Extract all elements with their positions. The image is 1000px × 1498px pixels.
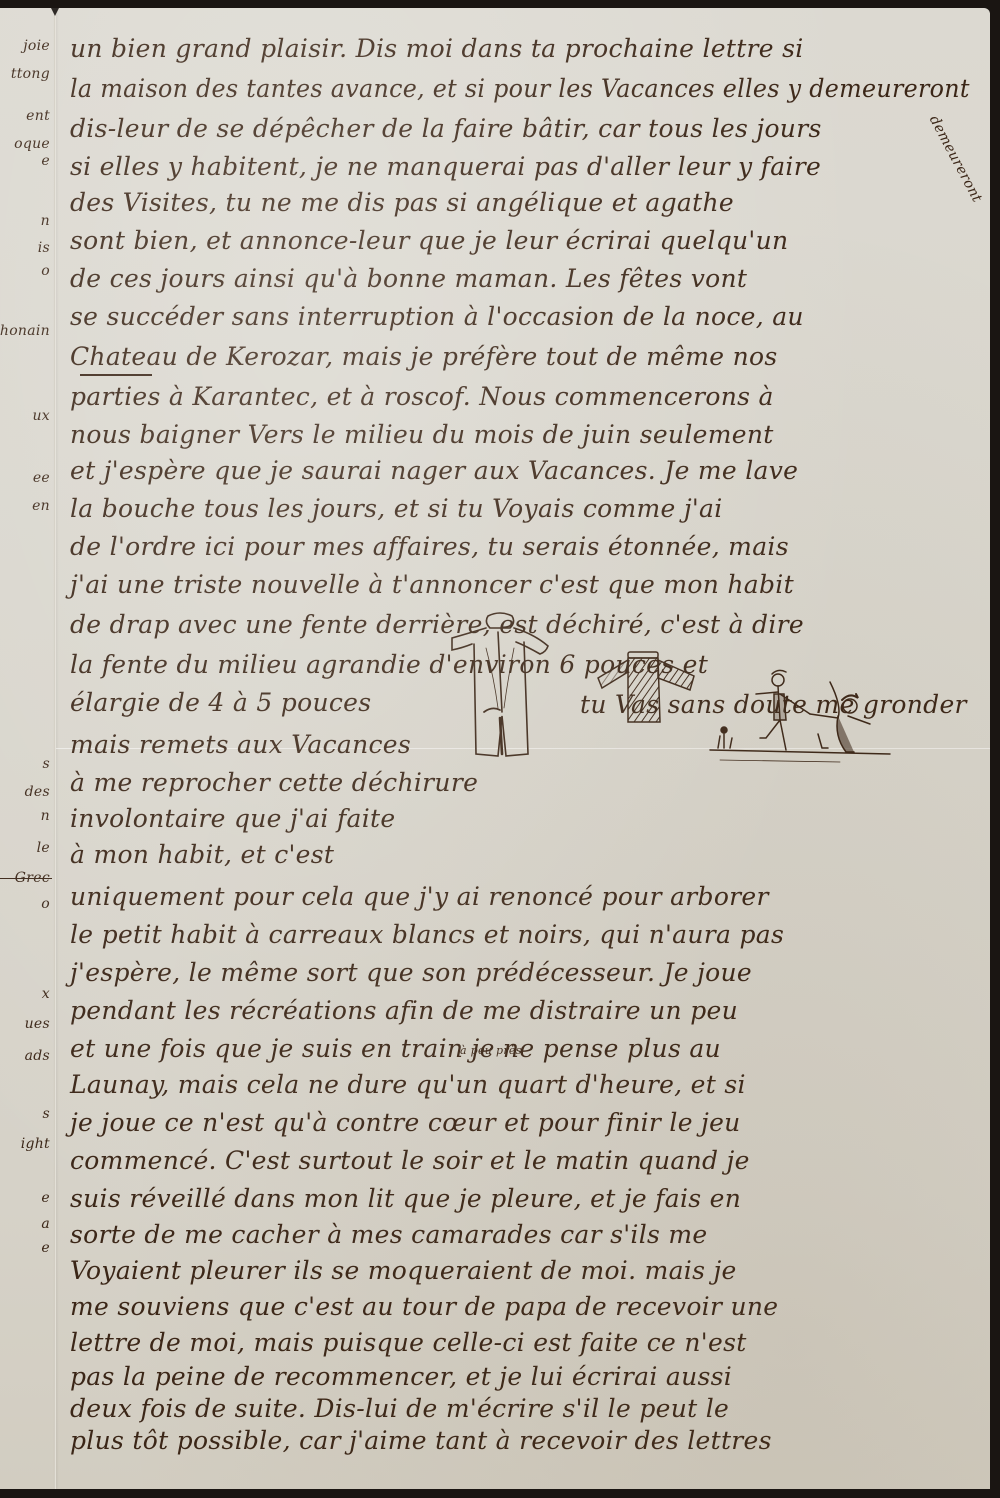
- insertion-note: à peu près: [460, 1044, 522, 1057]
- letter-line: se succéder sans interruption à l'occasi…: [70, 302, 804, 332]
- left-page-fragment: n: [41, 213, 50, 229]
- letter-line: de drap avec une fente derrière, est déc…: [70, 610, 804, 640]
- letter-line: la maison des tantes avance, et si pour …: [70, 74, 970, 104]
- letter-line: je joue ce n'est qu'à contre cœur et pou…: [70, 1108, 741, 1138]
- letter-line: commencé. C'est surtout le soir et le ma…: [70, 1146, 750, 1176]
- letter-line: élargie de 4 à 5 pouces: [70, 688, 371, 718]
- dancing-figures-icon: [700, 658, 900, 768]
- underline-chateau: [80, 374, 152, 376]
- letter-line-beside-sketch: involontaire que j'ai faite: [70, 804, 395, 834]
- left-page-fragment: o: [41, 896, 50, 912]
- letter-line: si elles y habitent, je ne manquerai pas…: [70, 152, 821, 182]
- left-page-fragment: ues: [25, 1016, 50, 1032]
- left-facing-page-edge: joiettongentoqueenisohonainuxeeensdesnle…: [0, 8, 54, 1489]
- letter-line: Launay, mais cela ne dure qu'un quart d'…: [70, 1070, 746, 1100]
- left-page-fragment: le: [37, 840, 50, 856]
- left-page-fragment: e: [41, 1240, 50, 1256]
- left-page-fragment: is: [38, 240, 50, 256]
- letter-line: le petit habit à carreaux blancs et noir…: [70, 920, 784, 950]
- left-rule-line: [0, 878, 52, 879]
- left-page-fragment: ttong: [11, 66, 50, 82]
- left-page-fragment: honain: [0, 323, 50, 339]
- letter-line: uniquement pour cela que j'y ai renoncé …: [70, 882, 769, 912]
- checked-jacket-icon: [590, 648, 700, 728]
- letter-line: nous baigner Vers le milieu du mois de j…: [70, 420, 774, 450]
- left-page-fragment: des: [25, 784, 50, 800]
- left-page-fragment: ight: [21, 1136, 50, 1152]
- letter-line: j'espère, le même sort que son prédécess…: [70, 958, 752, 988]
- letter-line: de ces jours ainsi qu'à bonne maman. Les…: [70, 264, 747, 294]
- right-margin-note: demeureront: [926, 113, 985, 205]
- manuscript-page: joiettongentoqueenisohonainuxeeensdesnle…: [0, 8, 990, 1489]
- letter-line-beside-sketch: à mon habit, et c'est: [70, 840, 334, 870]
- left-page-fragment: en: [32, 498, 50, 514]
- left-page-fragment: joie: [23, 38, 50, 54]
- coat-sketch-icon: [440, 608, 560, 768]
- letter-line: et j'espère que je saurai nager aux Vaca…: [70, 456, 798, 486]
- letter-line: de l'ordre ici pour mes affaires, tu ser…: [70, 532, 789, 562]
- letter-line: sont bien, et annonce-leur que je leur é…: [70, 226, 788, 256]
- letter-line: pendant les récréations afin de me distr…: [70, 996, 738, 1026]
- letter-line: j'ai une triste nouvelle à t'annoncer c'…: [70, 570, 794, 600]
- left-page-fragment: e: [41, 1190, 50, 1206]
- letter-line: des Visites, tu ne me dis pas si angéliq…: [70, 188, 734, 218]
- left-page-fragment: ent: [26, 108, 50, 124]
- letter-line: et une fois que je suis en train je ne p…: [70, 1034, 721, 1064]
- letter-line: sorte de me cacher à mes camarades car s…: [70, 1220, 707, 1250]
- letter-line: Voyaient pleurer ils se moqueraient de m…: [70, 1256, 737, 1286]
- letter-line-beside-sketch: mais remets aux Vacances: [70, 730, 411, 760]
- letter-line: parties à Karantec, et à roscof. Nous co…: [70, 382, 774, 412]
- letter-line: la bouche tous les jours, et si tu Voyai…: [70, 494, 723, 524]
- left-page-fragment: e: [41, 153, 50, 169]
- letter-line: suis réveillé dans mon lit que je pleure…: [70, 1184, 741, 1214]
- left-page-fragment: x: [42, 986, 50, 1002]
- letter-line-beside-sketch: à me reprocher cette déchirure: [70, 768, 478, 798]
- left-page-fragment: s: [43, 1106, 51, 1122]
- letter-line: plus tôt possible, car j'aime tant à rec…: [70, 1426, 772, 1456]
- left-page-fragment: o: [41, 263, 50, 279]
- letter-line: pas la peine de recommencer, et je lui é…: [70, 1362, 732, 1392]
- letter-line: Chateau de Kerozar, mais je préfère tout…: [70, 342, 777, 372]
- left-page-fragment: oque: [14, 136, 50, 152]
- left-page-fragment: ee: [33, 470, 50, 486]
- left-page-fragment: a: [41, 1216, 50, 1232]
- letter-line: me souviens que c'est au tour de papa de…: [70, 1292, 778, 1322]
- left-page-fragment: s: [43, 756, 51, 772]
- left-page-fragment: ads: [25, 1048, 50, 1064]
- letter-line: deux fois de suite. Dis-lui de m'écrire …: [70, 1394, 729, 1424]
- letter-line: dis-leur de se dépêcher de la faire bâti…: [70, 114, 822, 144]
- letter-line: lettre de moi, mais puisque celle-ci est…: [70, 1328, 747, 1358]
- left-page-fragment: n: [41, 808, 50, 824]
- left-page-fragment: ux: [32, 408, 50, 424]
- letter-line: un bien grand plaisir. Dis moi dans ta p…: [70, 34, 804, 64]
